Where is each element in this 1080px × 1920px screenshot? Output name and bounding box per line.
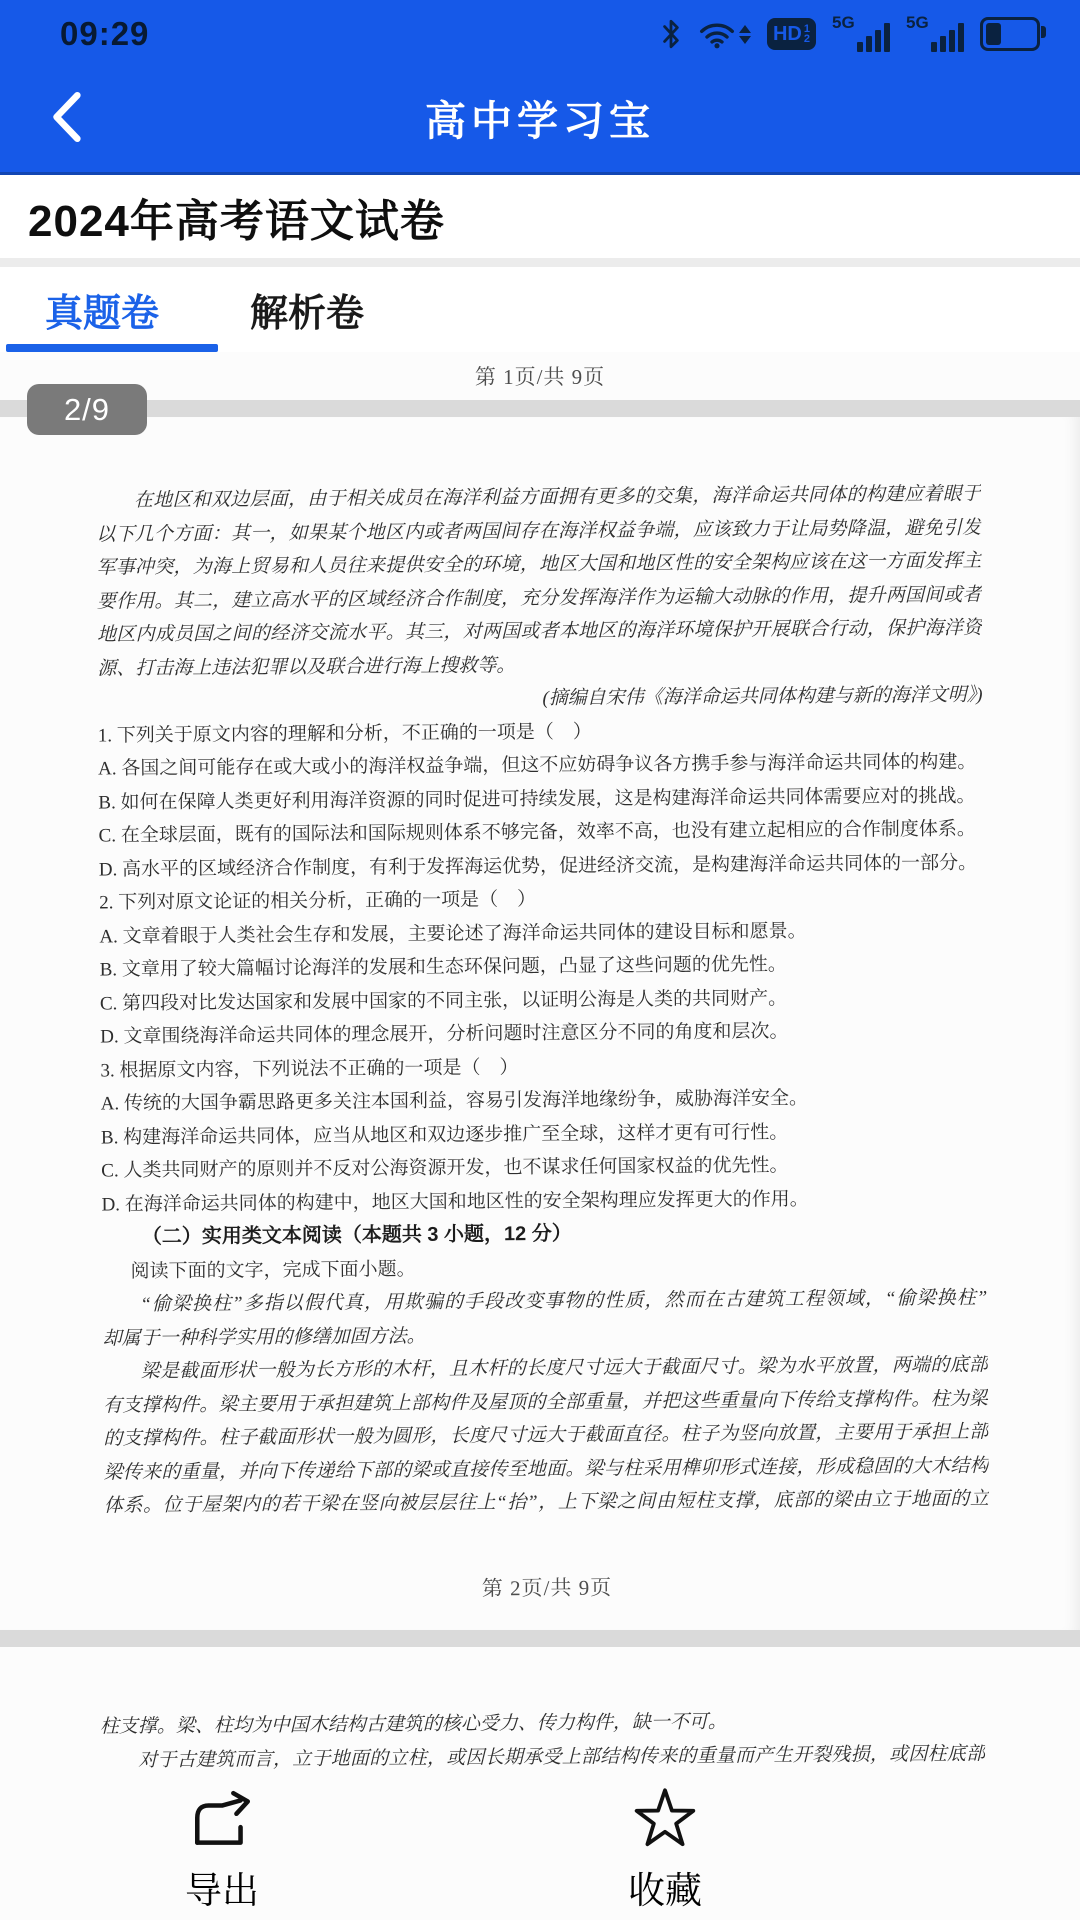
export-label: 导出 <box>185 1860 259 1914</box>
doc-line: (摘编自宋伟《海洋命运共同体构建与新的海洋文明》) <box>97 679 982 719</box>
doc-line: 体系。位于屋架内的若干梁在竖向被层层往上“抬”，上下梁之间由短柱支撑，底部的梁由… <box>104 1482 989 1522</box>
tab-bar: 真题卷 解析卷 <box>0 267 1080 352</box>
status-icons: HD 1 2 5G 5G <box>660 14 1046 54</box>
doc-line: “偷梁换柱”多指以假代真，用欺骗的手段改变事物的性质，然而在古建筑工程领域，“偷… <box>102 1281 987 1321</box>
doc-line: D. 高水平的区域经济合作制度，有利于发挥海运优势，促进经济交流，是构建海洋命运… <box>99 846 984 886</box>
export-button[interactable]: 导出 <box>137 1790 307 1914</box>
nav-bar: 高中学习宝 <box>0 62 1080 172</box>
cellular-signal-2-icon: 5G <box>906 14 964 54</box>
tab-analysis-paper[interactable]: 解析卷 <box>250 267 364 352</box>
clock: 09:29 <box>60 15 149 53</box>
chevron-left-icon <box>49 90 83 144</box>
tab-real-paper[interactable]: 真题卷 <box>45 267 159 352</box>
app-title: 高中学习宝 <box>425 88 655 147</box>
back-button[interactable] <box>44 87 88 147</box>
bluetooth-icon <box>660 18 682 50</box>
app-header: 09:29 HD 1 <box>0 0 1080 175</box>
doc-line: 对于古建筑而言，立于地面的立柱，或因长期承受上部结构传来的重量而产生开裂残损，或… <box>100 1737 985 1777</box>
page2-footer: 第 2页/共 9页 <box>104 1568 989 1605</box>
document-header: 2024年高考语文试卷 <box>0 175 1080 258</box>
export-icon <box>188 1790 256 1852</box>
divider <box>0 258 1080 267</box>
star-icon <box>629 1786 701 1852</box>
status-bar: 09:29 HD 1 <box>0 0 1080 62</box>
page1-footer: 第 1页/共 9页 <box>0 352 1080 400</box>
favorite-label: 收藏 <box>628 1860 702 1914</box>
document-page-2: 在地区和双边层面，由于相关成员在海洋利益方面拥有更多的交集，海洋命运共同体的构建… <box>0 417 1080 1630</box>
page-position-badge: 2/9 <box>27 384 147 435</box>
wifi-traffic-arrows-icon <box>739 25 751 44</box>
battery-icon <box>980 17 1040 51</box>
document-title: 2024年高考语文试卷 <box>28 185 445 249</box>
page-separator <box>0 1630 1080 1647</box>
page-separator <box>0 400 1080 417</box>
document-viewer[interactable]: 第 1页/共 9页 在地区和双边层面，由于相关成员在海洋利益方面拥有更多的交集，… <box>0 352 1080 1920</box>
wifi-icon <box>698 19 751 49</box>
active-tab-underline <box>6 344 218 352</box>
doc-line: 地区内成员国之间的经济交流水平。其三，对两国或者本地区的海洋环境保护开展联合行动… <box>97 612 982 652</box>
favorite-button[interactable]: 收藏 <box>580 1786 750 1914</box>
hd-volte-icon: HD 1 2 <box>767 18 816 50</box>
cellular-signal-1-icon: 5G <box>832 14 890 54</box>
